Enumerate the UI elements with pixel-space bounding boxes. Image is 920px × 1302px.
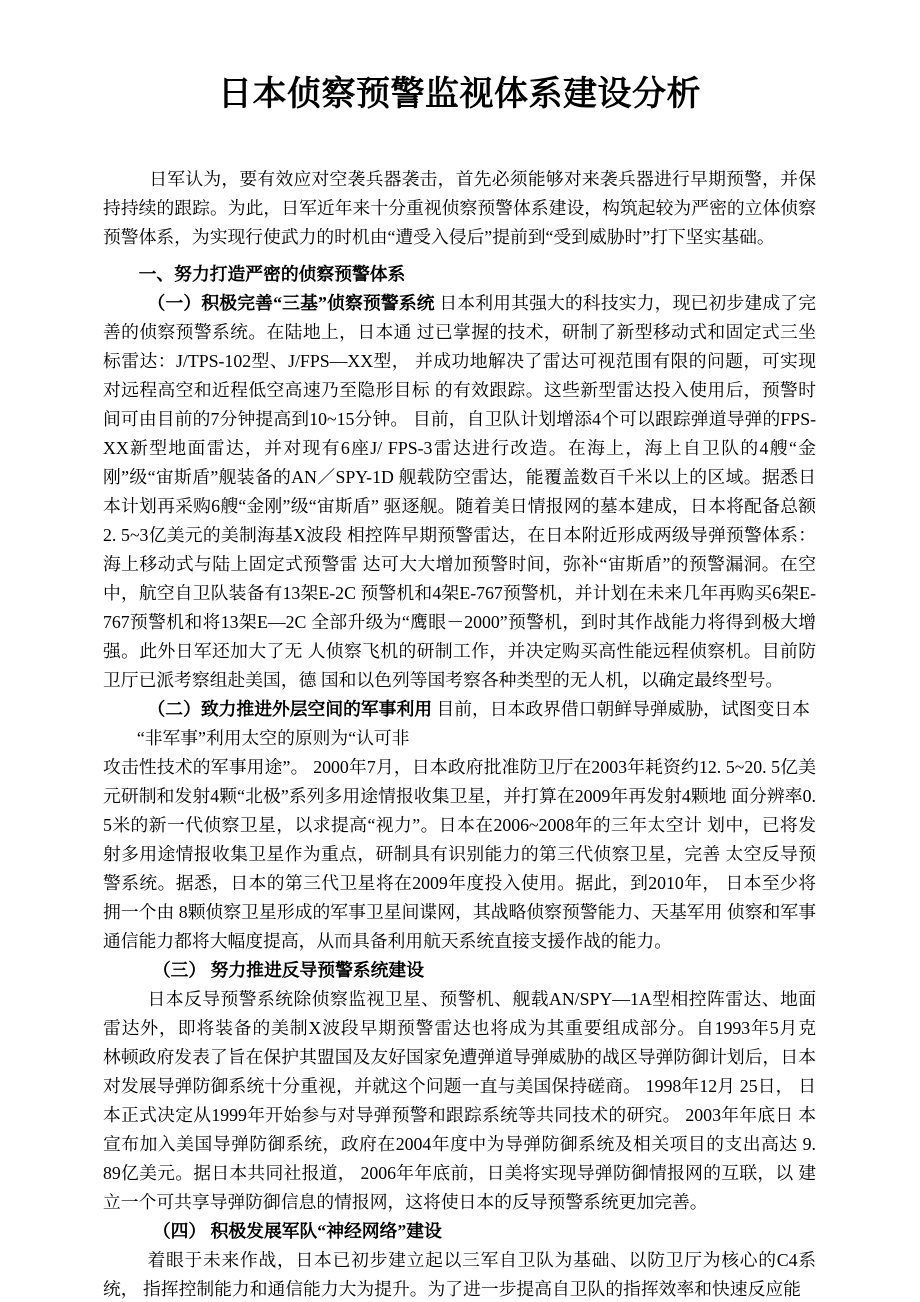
subsection-2-paragraph: （二）致力推进外层空间的军事利用 目前，日本政界借口朝鲜导弹威胁，试图变日本	[103, 695, 816, 724]
subsection-4-heading: （四） 积极发展军队“神经网络”建设	[103, 1217, 816, 1246]
intro-paragraph: 日军认为，要有效应对空袭兵器袭击，首先必须能够对来袭兵器进行早期预警，并保持持续…	[103, 165, 816, 252]
subsection-2-text: 目前，日本政界借口朝鲜导弹威胁，试图变日本	[432, 699, 810, 719]
subsection-2-line2: “非军事”利用太空的原则为“认可非	[103, 724, 816, 753]
subsection-1-paragraph: （一）积极完善“三基”侦察预警系统 日本利用其强大的科技实力，现已初步建成了完善…	[103, 289, 816, 695]
subsection-4-paragraph: 着眼于未来作战，日本已初步建立起以三军自卫队为基础、以防卫厅为核心的C4系统， …	[103, 1246, 816, 1302]
document-page: 日本侦察预警监视体系建设分析 日军认为，要有效应对空袭兵器袭击，首先必须能够对来…	[0, 0, 920, 1302]
subsection-2-lead: （二）致力推进外层空间的军事利用	[148, 699, 433, 719]
document-title: 日本侦察预警监视体系建设分析	[103, 72, 816, 118]
subsection-1-text: 日本利用其强大的科技实力，现已初步建成了完善的侦察预警系统。在陆地上，日本通 过…	[103, 293, 816, 690]
subsection-1-lead: （一）积极完善“三基”侦察预警系统	[148, 293, 435, 313]
subsection-3-heading: （三） 努力推进反导预警系统建设	[103, 956, 816, 985]
subsection-2-continuation: 攻击性技术的军事用途”。 2000年7月，日本政府批准防卫厅在2003年耗资约1…	[103, 753, 816, 956]
subsection-3-paragraph: 日本反导预警系统除侦察监视卫星、预警机、舰载AN/SPY—1A型相控阵雷达、地面…	[103, 985, 816, 1217]
section-1-heading: 一、努力打造严密的侦察预警体系	[103, 260, 816, 289]
